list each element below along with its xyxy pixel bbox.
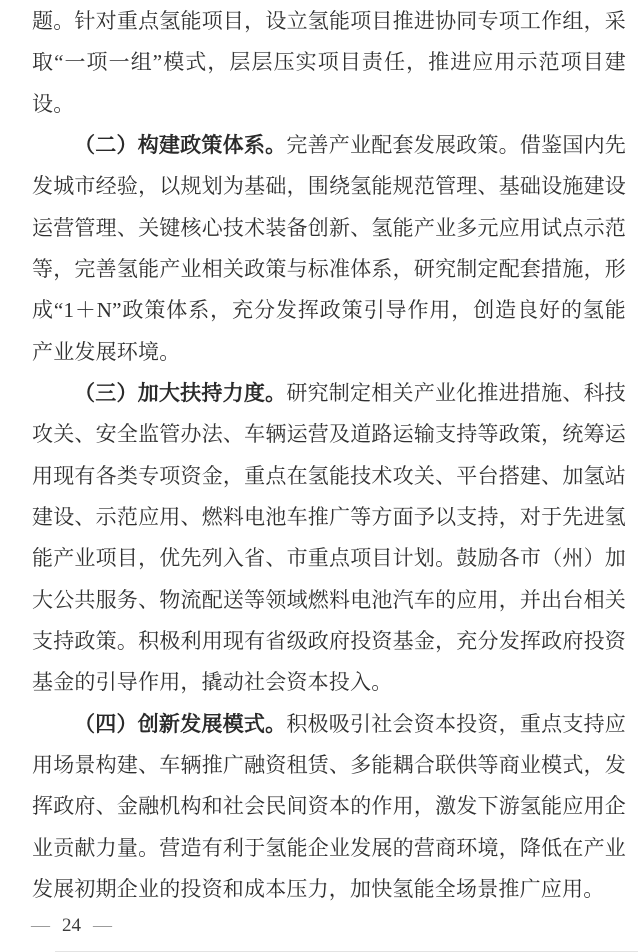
page-number: 24	[62, 915, 81, 936]
footer-dash-left: —	[31, 915, 50, 936]
section-heading-2: （二）构建政策体系。	[74, 133, 286, 157]
paragraph-text: 题。针对重点氢能项目，设立氢能项目推进协同专项工作组，采取“一项一组”模式，层层…	[32, 9, 626, 116]
page-footer: —24—	[31, 915, 112, 937]
document-body: 题。针对重点氢能项目，设立氢能项目推进协同专项工作组，采取“一项一组”模式，层层…	[0, 0, 638, 910]
footer-dash-right: —	[93, 915, 112, 936]
paragraph-text: 研究制定相关产业化推进措施、科技攻关、安全监管办法、车辆运营及道路运输支持等政策…	[32, 381, 626, 694]
section-heading-4: （四）创新发展模式。	[74, 712, 286, 736]
paragraph-section-2: （二）构建政策体系。完善产业配套发展政策。借鉴国内先发城市经验，以规划为基础，围…	[32, 125, 626, 373]
paragraph-text: 完善产业配套发展政策。借鉴国内先发城市经验，以规划为基础，围绕氢能规范管理、基础…	[32, 133, 626, 364]
paragraph-section-3: （三）加大扶持力度。研究制定相关产业化推进措施、科技攻关、安全监管办法、车辆运营…	[32, 373, 626, 704]
paragraph-continuation: 题。针对重点氢能项目，设立氢能项目推进协同专项工作组，采取“一项一组”模式，层层…	[32, 1, 626, 125]
paragraph-text: 积极吸引社会资本投资，重点支持应用场景构建、车辆推广融资租赁、多能耦合联供等商业…	[32, 712, 626, 901]
document-page: 题。针对重点氢能项目，设立氢能项目推进协同专项工作组，采取“一项一组”模式，层层…	[0, 0, 638, 952]
section-heading-3: （三）加大扶持力度。	[74, 381, 286, 405]
paragraph-section-4: （四）创新发展模式。积极吸引社会资本投资，重点支持应用场景构建、车辆推广融资租赁…	[32, 704, 626, 911]
